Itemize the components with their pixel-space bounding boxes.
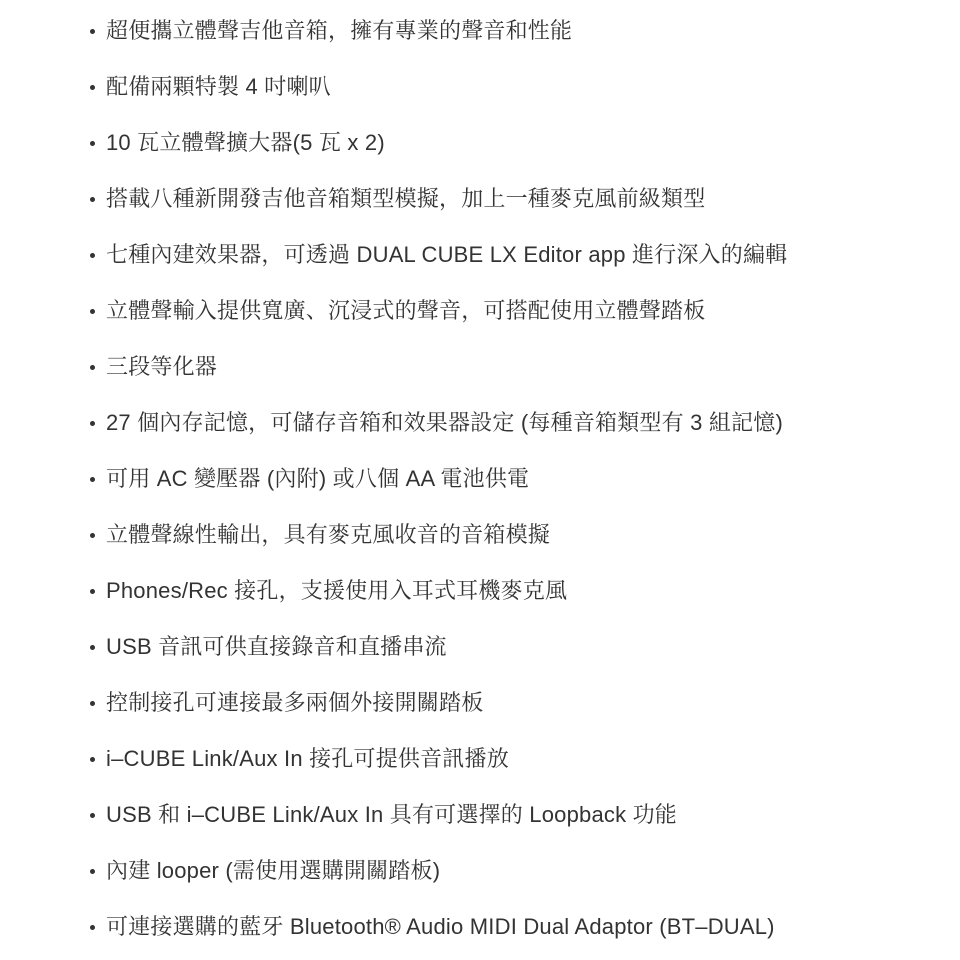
feature-text: 可用 AC 變壓器 (內附) 或八個 AA 電池供電: [106, 462, 529, 496]
feature-item: 可用 AC 變壓器 (內附) 或八個 AA 電池供電: [90, 462, 960, 496]
feature-item: 搭載八種新開發吉他音箱類型模擬，加上一種麥克風前級類型: [90, 182, 960, 216]
bullet-icon: [90, 421, 95, 426]
bullet-icon: [90, 757, 95, 762]
bullet-icon: [90, 141, 95, 146]
feature-item: USB 和 i–CUBE Link/Aux In 具有可選擇的 Loopback…: [90, 798, 960, 832]
bullet-icon: [90, 701, 95, 706]
bullet-icon: [90, 589, 95, 594]
feature-text: 立體聲輸入提供寬廣、沉浸式的聲音，可搭配使用立體聲踏板: [106, 294, 705, 328]
feature-item: 七種內建效果器，可透過 DUAL CUBE LX Editor app 進行深入…: [90, 238, 960, 272]
feature-text: 10 瓦立體聲擴大器(5 瓦 x 2): [106, 126, 385, 160]
bullet-icon: [90, 197, 95, 202]
feature-text: 搭載八種新開發吉他音箱類型模擬，加上一種麥克風前級類型: [106, 182, 705, 216]
feature-text: 可連接選購的藍牙 Bluetooth® Audio MIDI Dual Adap…: [106, 910, 775, 944]
feature-text: USB 和 i–CUBE Link/Aux In 具有可選擇的 Loopback…: [106, 798, 677, 832]
feature-text: 內建 looper (需使用選購開關踏板): [106, 854, 440, 888]
feature-text: 超便攜立體聲吉他音箱，擁有專業的聲音和性能: [106, 14, 572, 48]
bullet-icon: [90, 869, 95, 874]
feature-item: 內建 looper (需使用選購開關踏板): [90, 854, 960, 888]
feature-item: 配備兩顆特製 4 吋喇叭: [90, 70, 960, 104]
feature-list: 超便攜立體聲吉他音箱，擁有專業的聲音和性能 配備兩顆特製 4 吋喇叭 10 瓦立…: [0, 0, 960, 944]
feature-text: 立體聲線性輸出，具有麥克風收音的音箱模擬: [106, 518, 550, 552]
feature-text: 七種內建效果器，可透過 DUAL CUBE LX Editor app 進行深入…: [106, 238, 787, 272]
bullet-icon: [90, 309, 95, 314]
bullet-icon: [90, 925, 95, 930]
bullet-icon: [90, 477, 95, 482]
feature-item: 27 個內存記憶，可儲存音箱和效果器設定 (每種音箱類型有 3 組記憶): [90, 406, 960, 440]
bullet-icon: [90, 29, 95, 34]
bullet-icon: [90, 253, 95, 258]
feature-text: 三段等化器: [106, 350, 217, 384]
feature-text: Phones/Rec 接孔，支援使用入耳式耳機麥克風: [106, 574, 567, 608]
feature-item: Phones/Rec 接孔，支援使用入耳式耳機麥克風: [90, 574, 960, 608]
feature-text: 控制接孔可連接最多兩個外接開關踏板: [106, 686, 483, 720]
feature-item: 立體聲線性輸出，具有麥克風收音的音箱模擬: [90, 518, 960, 552]
feature-item: 控制接孔可連接最多兩個外接開關踏板: [90, 686, 960, 720]
feature-item: 10 瓦立體聲擴大器(5 瓦 x 2): [90, 126, 960, 160]
bullet-icon: [90, 645, 95, 650]
feature-item: 可連接選購的藍牙 Bluetooth® Audio MIDI Dual Adap…: [90, 910, 960, 944]
feature-item: 立體聲輸入提供寬廣、沉浸式的聲音，可搭配使用立體聲踏板: [90, 294, 960, 328]
feature-text: 配備兩顆特製 4 吋喇叭: [106, 70, 331, 104]
feature-item: 超便攜立體聲吉他音箱，擁有專業的聲音和性能: [90, 14, 960, 48]
feature-text: 27 個內存記憶，可儲存音箱和效果器設定 (每種音箱類型有 3 組記憶): [106, 406, 783, 440]
feature-text: i–CUBE Link/Aux In 接孔可提供音訊播放: [106, 742, 509, 776]
bullet-icon: [90, 365, 95, 370]
feature-item: i–CUBE Link/Aux In 接孔可提供音訊播放: [90, 742, 960, 776]
feature-text: USB 音訊可供直接錄音和直播串流: [106, 630, 447, 664]
bullet-icon: [90, 533, 95, 538]
bullet-icon: [90, 813, 95, 818]
feature-item: 三段等化器: [90, 350, 960, 384]
feature-item: USB 音訊可供直接錄音和直播串流: [90, 630, 960, 664]
bullet-icon: [90, 85, 95, 90]
